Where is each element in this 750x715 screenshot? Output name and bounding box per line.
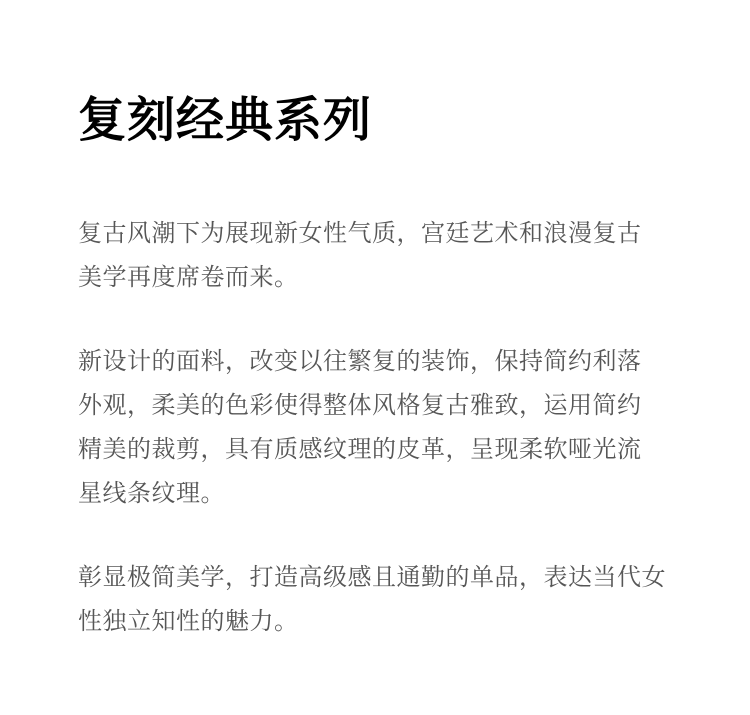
paragraph-line: 彰显极简美学，打造高级感且通勤的单品，表达当代女 bbox=[78, 556, 690, 600]
paragraph-line: 外观，柔美的色彩使得整体风格复古雅致，运用简约 bbox=[78, 384, 690, 428]
paragraph: 新设计的面料，改变以往繁复的装饰，保持简约利落 外观，柔美的色彩使得整体风格复古… bbox=[78, 340, 690, 516]
paragraph-line: 新设计的面料，改变以往繁复的装饰，保持简约利落 bbox=[78, 340, 690, 384]
paragraph-line: 精美的裁剪，具有质感纹理的皮革，呈现柔软哑光流 bbox=[78, 428, 690, 472]
description-body: 复古风潮下为展现新女性气质，宫廷艺术和浪漫复古 美学再度席卷而来。 新设计的面料… bbox=[78, 212, 690, 644]
paragraph: 复古风潮下为展现新女性气质，宫廷艺术和浪漫复古 美学再度席卷而来。 bbox=[78, 212, 690, 300]
paragraph-line: 星线条纹理。 bbox=[78, 472, 690, 516]
product-description-page: 复刻经典系列 复古风潮下为展现新女性气质，宫廷艺术和浪漫复古 美学再度席卷而来。… bbox=[0, 0, 750, 715]
paragraph-line: 美学再度席卷而来。 bbox=[78, 256, 690, 300]
paragraph-line: 复古风潮下为展现新女性气质，宫廷艺术和浪漫复古 bbox=[78, 212, 690, 256]
paragraph-line: 性独立知性的魅力。 bbox=[78, 600, 690, 644]
page-title: 复刻经典系列 bbox=[78, 92, 690, 150]
paragraph: 彰显极简美学，打造高级感且通勤的单品，表达当代女 性独立知性的魅力。 bbox=[78, 556, 690, 644]
